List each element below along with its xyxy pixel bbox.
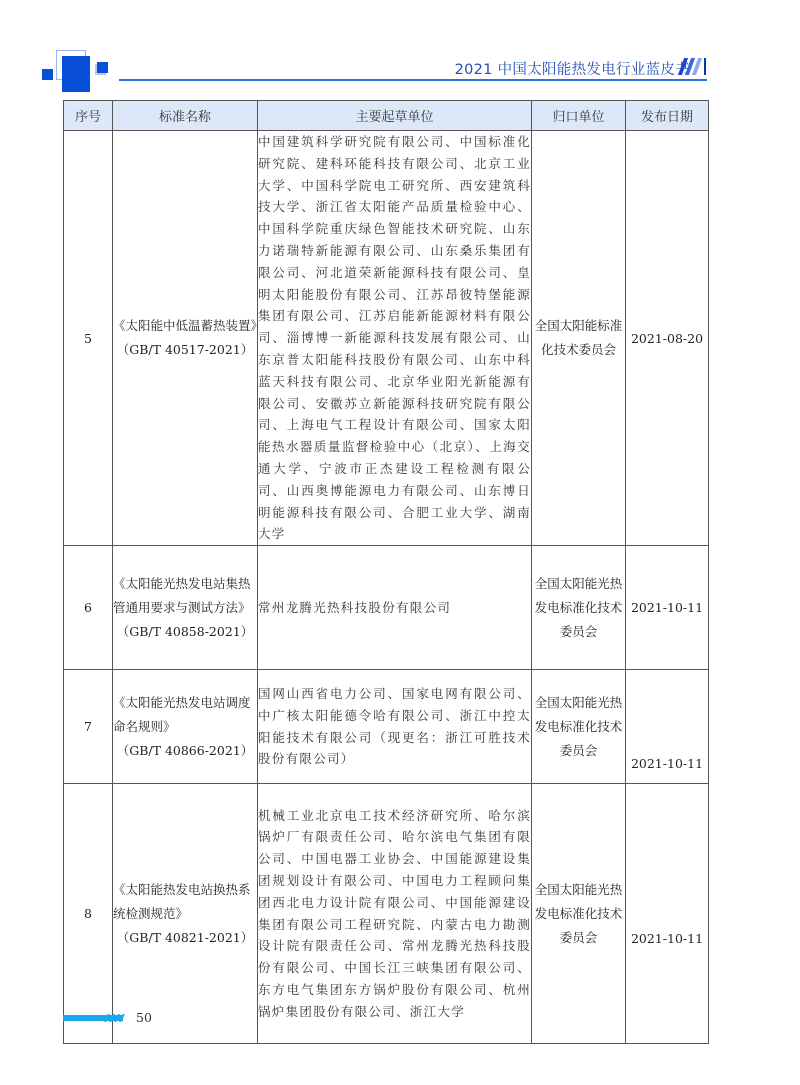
- publish-date: 2021-10-11: [626, 784, 709, 1044]
- column-header-no: 序号: [64, 101, 113, 131]
- drafting-units: 机械工业北京电工技术经济研究所、哈尔滨锅炉厂有限责任公司、哈尔滨电气集团有限公司…: [258, 784, 532, 1044]
- responsible-dept: 全国太阳能光热发电标准化技术委员会: [532, 784, 626, 1044]
- page-number: 50: [136, 1010, 152, 1025]
- table-header-row: 序号 标准名称 主要起草单位 归口单位 发布日期: [64, 101, 709, 131]
- drafting-units: 中国建筑科学研究院有限公司、中国标准化研究院、建科环能科技有限公司、北京工业大学…: [258, 131, 532, 546]
- header-rule: [119, 79, 707, 81]
- column-header-date: 发布日期: [626, 101, 709, 131]
- logo-square-big: [62, 56, 90, 92]
- row-number: 8: [64, 784, 113, 1044]
- standard-code: （GB/T 40517-2021）: [113, 338, 257, 362]
- row-number: 7: [64, 670, 113, 784]
- running-header-title: 2021 中国太阳能热发电行业蓝皮书: [455, 58, 690, 79]
- row-number: 5: [64, 131, 113, 546]
- standard-name: 《太阳能中低温蓄热装置》: [113, 318, 263, 333]
- standard-name: 《太阳能光热发电站调度命名规则》: [113, 695, 251, 734]
- column-header-units: 主要起草单位: [258, 101, 532, 131]
- standards-table: 序号 标准名称 主要起草单位 归口单位 发布日期 5 《太阳能中低温蓄热装置》 …: [63, 100, 709, 1044]
- publish-date: 2021-10-11: [626, 670, 709, 784]
- standard-code: （GB/T 40866-2021）: [113, 739, 257, 763]
- standard-name: 《太阳能光热发电站集热管通用要求与测试方法》: [113, 576, 251, 615]
- table-row: 7 《太阳能光热发电站调度命名规则》 （GB/T 40866-2021） 国网山…: [64, 670, 709, 784]
- book-logo: [42, 48, 112, 104]
- standard-name: 《太阳能热发电站换热系统检测规范》: [113, 882, 251, 921]
- standard-code: （GB/T 40858-2021）: [113, 620, 257, 644]
- standard-name-cell: 《太阳能光热发电站调度命名规则》 （GB/T 40866-2021）: [113, 670, 258, 784]
- row-number: 6: [64, 546, 113, 670]
- header-slashes-icon: [677, 58, 709, 76]
- table-row: 5 《太阳能中低温蓄热装置》 （GB/T 40517-2021） 中国建筑科学研…: [64, 131, 709, 546]
- standard-name-cell: 《太阳能中低温蓄热装置》 （GB/T 40517-2021）: [113, 131, 258, 546]
- column-header-dept: 归口单位: [532, 101, 626, 131]
- logo-square-small: [42, 69, 53, 80]
- standard-code: （GB/T 40821-2021）: [113, 926, 257, 950]
- responsible-dept: 全国太阳能光热发电标准化技术委员会: [532, 546, 626, 670]
- standard-name-cell: 《太阳能光热发电站集热管通用要求与测试方法》 （GB/T 40858-2021）: [113, 546, 258, 670]
- responsible-dept: 全国太阳能光热发电标准化技术委员会: [532, 670, 626, 784]
- drafting-units: 常州龙腾光热科技股份有限公司: [258, 546, 532, 670]
- standard-name-cell: 《太阳能热发电站换热系统检测规范》 （GB/T 40821-2021）: [113, 784, 258, 1044]
- drafting-units: 国网山西省电力公司、国家电网有限公司、中广核太阳能德令哈有限公司、浙江中控太阳能…: [258, 670, 532, 784]
- table-row: 8 《太阳能热发电站换热系统检测规范》 （GB/T 40821-2021） 机械…: [64, 784, 709, 1044]
- responsible-dept: 全国太阳能标准化技术委员会: [532, 131, 626, 546]
- logo-square-mid: [97, 62, 108, 73]
- table-row: 6 《太阳能光热发电站集热管通用要求与测试方法》 （GB/T 40858-202…: [64, 546, 709, 670]
- publish-date: 2021-10-11: [626, 546, 709, 670]
- column-header-name: 标准名称: [113, 101, 258, 131]
- publish-date: 2021-08-20: [626, 131, 709, 546]
